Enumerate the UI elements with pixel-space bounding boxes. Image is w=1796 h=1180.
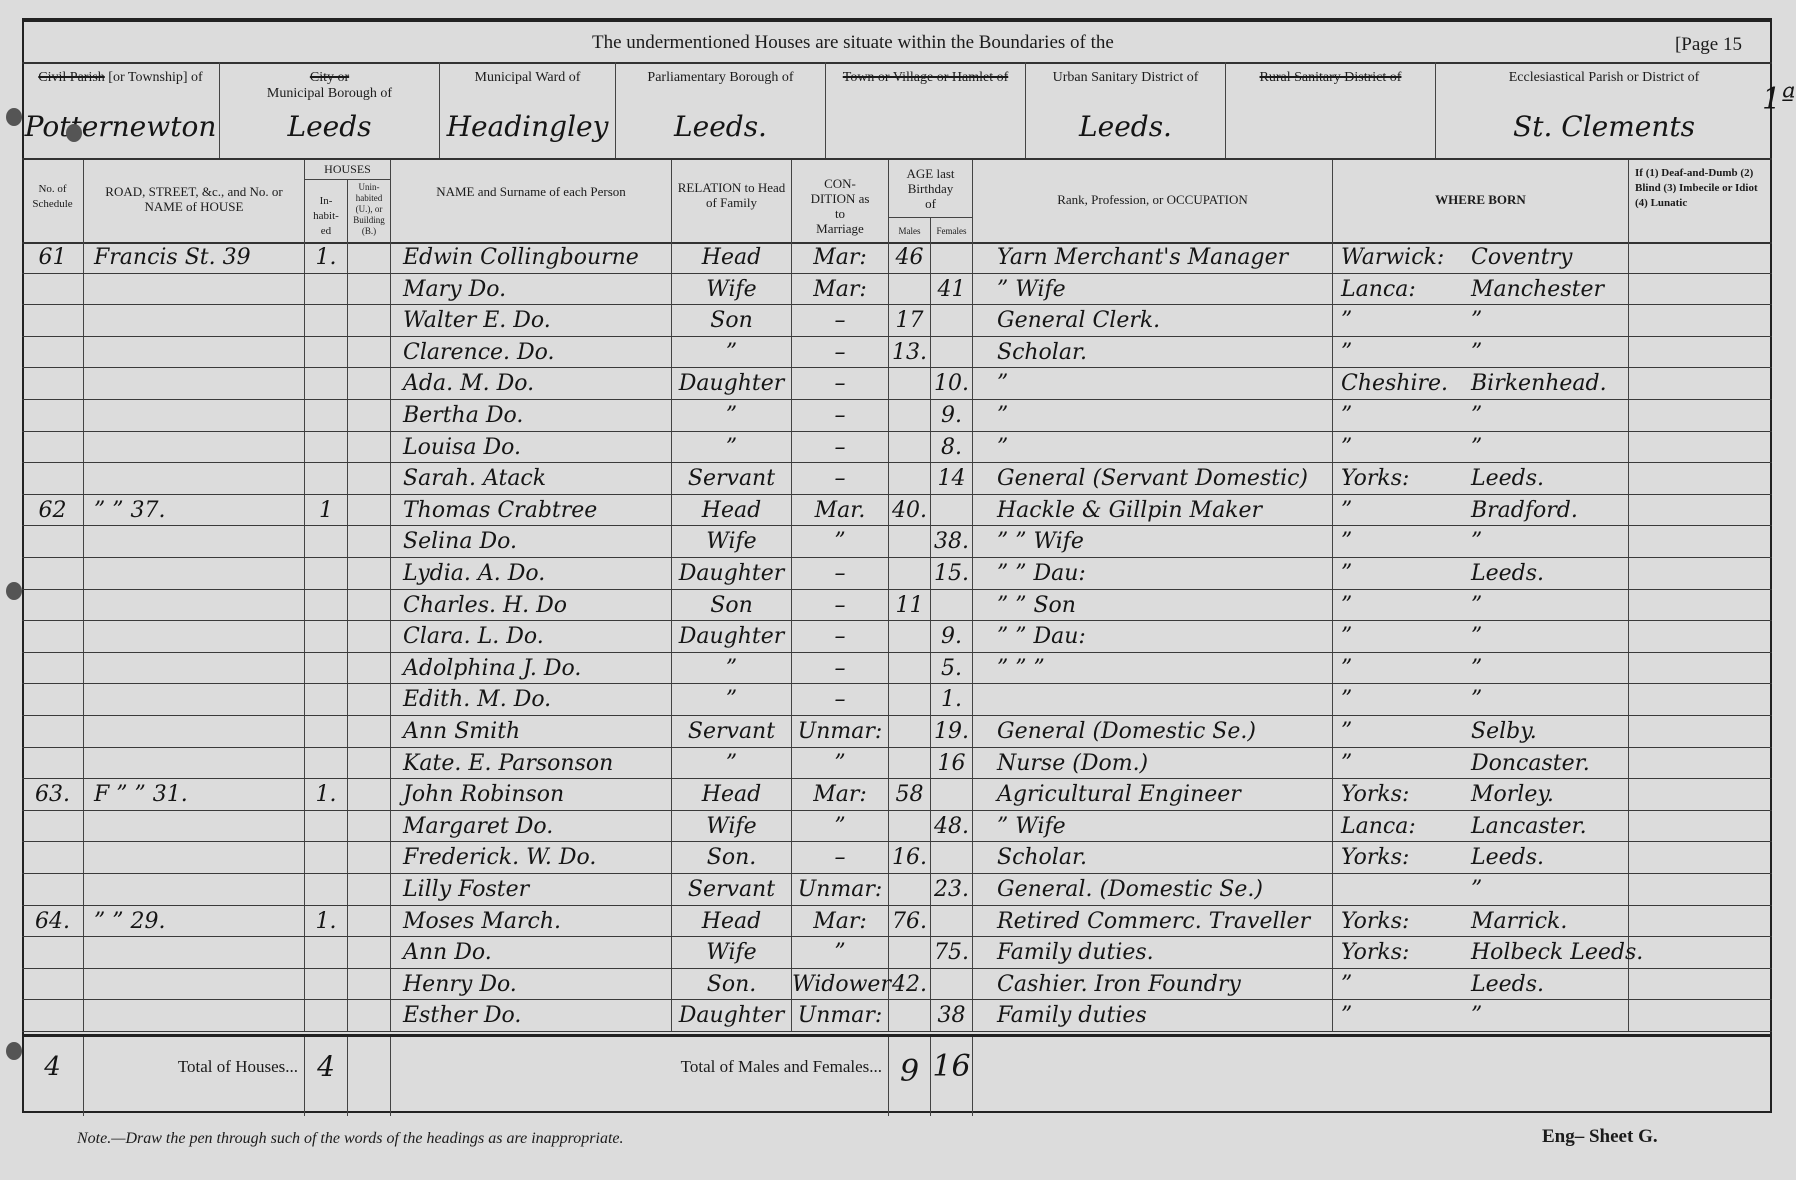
occupation-cell: ” ” Son <box>973 590 1333 621</box>
born-town-cell: ” <box>1463 1000 1629 1031</box>
header-relation: RELATION to Head of Family <box>672 160 792 242</box>
infirmity-cell <box>1629 558 1772 589</box>
relation-cell: ” <box>672 684 792 715</box>
male-age-cell <box>889 1000 931 1031</box>
male-age-cell <box>889 432 931 463</box>
total-houses-label: Total of Houses... <box>84 1037 305 1116</box>
occupation-cell: Scholar. <box>973 842 1333 873</box>
infirmity-cell <box>1629 495 1772 526</box>
inhabited-cell <box>305 969 348 1000</box>
male-age-cell: 46 <box>889 242 931 273</box>
schedule-cell: 61 <box>22 242 84 273</box>
infirmity-cell <box>1629 463 1772 494</box>
occupation-cell: General Clerk. <box>973 305 1333 336</box>
condition-cell: – <box>792 653 889 684</box>
occupation-cell: General (Servant Domestic) <box>973 463 1333 494</box>
female-age-cell: 48. <box>931 811 973 842</box>
header-name: NAME and Surname of each Person <box>391 160 672 242</box>
born-town-cell: Morley. <box>1463 779 1629 810</box>
infirmity-cell <box>1629 748 1772 779</box>
census-row: Bertha Do.”–9.””” <box>22 400 1772 432</box>
infirmity-cell <box>1629 842 1772 873</box>
relation-cell: Servant <box>672 463 792 494</box>
inhabited-cell <box>305 305 348 336</box>
census-row: Ada. M. Do.Daughter–10.”Cheshire.Birkenh… <box>22 368 1772 400</box>
uninhabited-cell <box>348 779 391 810</box>
occupation-cell: Family duties. <box>973 937 1333 968</box>
occupation-cell: Scholar. <box>973 337 1333 368</box>
female-age-cell <box>931 495 973 526</box>
boundary-value: St. Clements <box>1436 110 1772 143</box>
person-name-cell: Lydia. A. Do. <box>391 558 672 589</box>
schedule-cell <box>22 684 84 715</box>
male-age-cell: 13. <box>889 337 931 368</box>
condition-cell: ” <box>792 526 889 557</box>
relation-cell: Head <box>672 242 792 273</box>
sheet-label: Eng– Sheet G. <box>1542 1126 1658 1148</box>
male-age-cell <box>889 400 931 431</box>
condition-cell: Mar: <box>792 906 889 937</box>
title-row: The undermentioned Houses are situate wi… <box>22 22 1772 64</box>
born-county-cell <box>1333 874 1463 905</box>
occupation-cell: Nurse (Dom.) <box>973 748 1333 779</box>
header-infirmity: If (1) Deaf-and-Dumb (2) Blind (3) Imbec… <box>1629 160 1772 242</box>
relation-cell: Daughter <box>672 621 792 652</box>
uninhabited-cell <box>348 337 391 368</box>
condition-cell: Mar: <box>792 779 889 810</box>
address-cell <box>84 653 305 684</box>
condition-cell: ” <box>792 937 889 968</box>
infirmity-cell <box>1629 969 1772 1000</box>
inhabited-cell <box>305 811 348 842</box>
schedule-cell <box>22 621 84 652</box>
infirmity-cell <box>1629 811 1772 842</box>
born-town-cell: Leeds. <box>1463 842 1629 873</box>
person-name-cell: Charles. H. Do <box>391 590 672 621</box>
inhabited-cell <box>305 558 348 589</box>
header-schedule: No. of Schedule <box>22 160 84 242</box>
condition-cell: – <box>792 305 889 336</box>
relation-cell: Son <box>672 590 792 621</box>
inhabited-cell <box>305 842 348 873</box>
uninhabited-cell <box>348 305 391 336</box>
uninhabited-cell <box>348 274 391 305</box>
address-cell <box>84 748 305 779</box>
born-town-cell: ” <box>1463 337 1629 368</box>
relation-cell: ” <box>672 400 792 431</box>
struck-label: Town or Village or Hamlet of <box>826 70 1025 86</box>
schedule-cell <box>22 368 84 399</box>
infirmity-cell <box>1629 1000 1772 1031</box>
schedule-cell <box>22 274 84 305</box>
uninhabited-cell <box>348 368 391 399</box>
infirmity-cell <box>1629 621 1772 652</box>
born-town-cell: Leeds. <box>1463 463 1629 494</box>
born-county-cell: ” <box>1333 305 1463 336</box>
born-town-cell: ” <box>1463 526 1629 557</box>
born-county-cell: ” <box>1333 337 1463 368</box>
born-town-cell: Bradford. <box>1463 495 1629 526</box>
uninhabited-cell <box>348 748 391 779</box>
born-town-cell: Coventry <box>1463 242 1629 273</box>
boundary-value: Leeds. <box>1026 110 1225 143</box>
occupation-cell: ” ” ” <box>973 653 1333 684</box>
census-row: 64.” ” 29.1.Moses March.HeadMar:76.Retir… <box>22 906 1772 938</box>
infirmity-cell <box>1629 779 1772 810</box>
census-row: Louisa Do.”–8.””” <box>22 432 1772 464</box>
boundary-municipal-ward: Municipal Ward of Headingley <box>440 62 616 158</box>
occupation-cell: ” <box>973 368 1333 399</box>
infirmity-cell <box>1629 274 1772 305</box>
born-town-cell: Manchester <box>1463 274 1629 305</box>
person-name-cell: Edwin Collingbourne <box>391 242 672 273</box>
address-cell <box>84 969 305 1000</box>
boundary-urban-sanitary: Urban Sanitary District of Leeds. <box>1026 62 1226 158</box>
condition-cell: – <box>792 684 889 715</box>
relation-cell: Servant <box>672 874 792 905</box>
infirmity-cell <box>1629 242 1772 273</box>
census-row: Selina Do.Wife”38.” ” Wife”” <box>22 526 1772 558</box>
born-town-cell: ” <box>1463 653 1629 684</box>
born-county-cell: Yorks: <box>1333 842 1463 873</box>
total-uninhabited <box>348 1037 391 1116</box>
address-cell: ” ” 29. <box>84 906 305 937</box>
born-town-cell: ” <box>1463 432 1629 463</box>
born-town-cell: Birkenhead. <box>1463 368 1629 399</box>
person-name-cell: Henry Do. <box>391 969 672 1000</box>
female-age-cell: 8. <box>931 432 973 463</box>
born-county-cell: ” <box>1333 400 1463 431</box>
inhabited-cell <box>305 937 348 968</box>
born-town-cell: ” <box>1463 400 1629 431</box>
male-age-cell <box>889 716 931 747</box>
schedule-cell: 64. <box>22 906 84 937</box>
schedule-cell <box>22 558 84 589</box>
condition-cell: – <box>792 337 889 368</box>
person-name-cell: Ann Smith <box>391 716 672 747</box>
uninhabited-cell <box>348 400 391 431</box>
schedule-cell <box>22 937 84 968</box>
uninhabited-cell <box>348 906 391 937</box>
address-cell: Francis St. 39 <box>84 242 305 273</box>
occupation-cell: Cashier. Iron Foundry <box>973 969 1333 1000</box>
born-county-cell: ” <box>1333 684 1463 715</box>
born-town-cell: Leeds. <box>1463 969 1629 1000</box>
female-age-cell <box>931 779 973 810</box>
column-header: No. of Schedule ROAD, STREET, &c., and N… <box>22 160 1772 244</box>
female-age-cell: 75. <box>931 937 973 968</box>
relation-cell: ” <box>672 337 792 368</box>
occupation-cell: ” ” Wife <box>973 526 1333 557</box>
born-county-cell: Yorks: <box>1333 779 1463 810</box>
uninhabited-cell <box>348 937 391 968</box>
person-name-cell: Edith. M. Do. <box>391 684 672 715</box>
sheet-title: The undermentioned Houses are situate wi… <box>592 32 1114 54</box>
male-age-cell <box>889 558 931 589</box>
male-age-cell: 11 <box>889 590 931 621</box>
boundary-label: Municipal Borough of <box>267 86 392 101</box>
schedule-cell <box>22 432 84 463</box>
female-age-cell <box>931 906 973 937</box>
occupation-cell: Agricultural Engineer <box>973 779 1333 810</box>
uninhabited-cell <box>348 969 391 1000</box>
binding-hole <box>6 582 22 600</box>
female-age-cell: 15. <box>931 558 973 589</box>
born-town-cell: ” <box>1463 684 1629 715</box>
condition-cell: Unmar: <box>792 716 889 747</box>
header-uninhabited: Unin-habited (U.), or Building (B.) <box>348 180 391 242</box>
infirmity-cell <box>1629 400 1772 431</box>
address-cell <box>84 842 305 873</box>
occupation-cell: ” Wife <box>973 811 1333 842</box>
boundary-municipal-borough: City orMunicipal Borough of Leeds <box>220 62 440 158</box>
relation-cell: Son. <box>672 842 792 873</box>
census-row: Clara. L. Do.Daughter–9.” ” Dau:”” <box>22 621 1772 653</box>
uninhabited-cell <box>348 463 391 494</box>
occupation-cell: ” Wife <box>973 274 1333 305</box>
uninhabited-cell <box>348 842 391 873</box>
born-county-cell: Yorks: <box>1333 937 1463 968</box>
census-row: Frederick. W. Do.Son.–16.Scholar.Yorks:L… <box>22 842 1772 874</box>
schedule-cell: 63. <box>22 779 84 810</box>
schedule-cell <box>22 590 84 621</box>
born-town-cell: ” <box>1463 874 1629 905</box>
relation-cell: Wife <box>672 274 792 305</box>
female-age-cell: 19. <box>931 716 973 747</box>
infirmity-cell <box>1629 937 1772 968</box>
condition-cell: Mar. <box>792 495 889 526</box>
address-cell <box>84 526 305 557</box>
occupation-cell: General (Domestic Se.) <box>973 716 1333 747</box>
binding-hole <box>6 108 22 126</box>
person-name-cell: Ann Do. <box>391 937 672 968</box>
infirmity-cell <box>1629 526 1772 557</box>
infirmity-cell <box>1629 337 1772 368</box>
boundary-parliamentary-borough: Parliamentary Borough of Leeds. <box>616 62 826 158</box>
header-females: Females <box>931 218 973 242</box>
relation-cell: ” <box>672 748 792 779</box>
condition-cell: ” <box>792 811 889 842</box>
struck-label: Rural Sanitary District of <box>1226 70 1435 86</box>
person-name-cell: Kate. E. Parsonson <box>391 748 672 779</box>
uninhabited-cell <box>348 558 391 589</box>
schedule-cell <box>22 1000 84 1031</box>
female-age-cell <box>931 242 973 273</box>
schedule-cell <box>22 842 84 873</box>
address-cell <box>84 590 305 621</box>
born-county-cell: ” <box>1333 748 1463 779</box>
schedule-cell <box>22 969 84 1000</box>
header-houses: HOUSES <box>305 160 391 180</box>
person-name-cell: Lilly Foster <box>391 874 672 905</box>
male-age-cell <box>889 748 931 779</box>
census-row: Charles. H. DoSon–11” ” Son”” <box>22 590 1772 622</box>
born-town-cell: Leeds. <box>1463 558 1629 589</box>
person-name-cell: Bertha Do. <box>391 400 672 431</box>
male-age-cell: 16. <box>889 842 931 873</box>
male-age-cell <box>889 937 931 968</box>
occupation-cell: ” <box>973 432 1333 463</box>
female-age-cell: 41 <box>931 274 973 305</box>
occupation-cell: Hackle & Gillpin Maker <box>973 495 1333 526</box>
census-row: Lydia. A. Do.Daughter–15.” ” Dau:”Leeds. <box>22 558 1772 590</box>
person-name-cell: Clarence. Do. <box>391 337 672 368</box>
female-age-cell: 9. <box>931 621 973 652</box>
condition-cell: Mar: <box>792 242 889 273</box>
boundary-value: Potternewton <box>22 110 219 143</box>
person-name-cell: Ada. M. Do. <box>391 368 672 399</box>
census-row: Edith. M. Do.”–1.”” <box>22 684 1772 716</box>
inhabited-cell <box>305 463 348 494</box>
inhabited-cell <box>305 337 348 368</box>
schedule-cell <box>22 748 84 779</box>
born-county-cell: ” <box>1333 526 1463 557</box>
born-town-cell: Selby. <box>1463 716 1629 747</box>
born-town-cell: Lancaster. <box>1463 811 1629 842</box>
born-county-cell: ” <box>1333 590 1463 621</box>
header-males: Males <box>889 218 931 242</box>
schedule-cell <box>22 653 84 684</box>
uninhabited-cell <box>348 432 391 463</box>
person-name-cell: Frederick. W. Do. <box>391 842 672 873</box>
infirmity-cell <box>1629 368 1772 399</box>
boundary-value: Headingley <box>440 110 615 143</box>
inhabited-cell <box>305 874 348 905</box>
census-row: 63.F ” ” 31.1.John RobinsonHeadMar:58Agr… <box>22 779 1772 811</box>
infirmity-cell <box>1629 653 1772 684</box>
address-cell <box>84 400 305 431</box>
born-county-cell: Cheshire. <box>1333 368 1463 399</box>
male-age-cell <box>889 368 931 399</box>
condition-cell: – <box>792 842 889 873</box>
female-age-cell: 5. <box>931 653 973 684</box>
female-age-cell: 10. <box>931 368 973 399</box>
female-age-cell: 23. <box>931 874 973 905</box>
boundary-label: Urban Sanitary District of <box>1026 70 1225 86</box>
schedule-cell <box>22 811 84 842</box>
condition-cell: Widower <box>792 969 889 1000</box>
infirmity-cell <box>1629 874 1772 905</box>
census-row: Walter E. Do.Son–17General Clerk.”” <box>22 305 1772 337</box>
address-cell <box>84 558 305 589</box>
relation-cell: Daughter <box>672 558 792 589</box>
relation-cell: Head <box>672 779 792 810</box>
census-sheet: The undermentioned Houses are situate wi… <box>22 18 1774 1128</box>
boundary-ecclesiastical: Ecclesiastical Parish or District of St.… <box>1436 62 1772 158</box>
boundary-value: Leeds <box>220 110 439 143</box>
address-cell <box>84 811 305 842</box>
female-age-cell: 9. <box>931 400 973 431</box>
uninhabited-cell <box>348 526 391 557</box>
census-row: 62” ” 37.1Thomas CrabtreeHeadMar.40.Hack… <box>22 495 1772 527</box>
relation-cell: ” <box>672 432 792 463</box>
uninhabited-cell <box>348 684 391 715</box>
census-row: Kate. E. Parsonson””16Nurse (Dom.)”Donca… <box>22 748 1772 780</box>
born-town-cell: ” <box>1463 590 1629 621</box>
census-row: Henry Do.Son.Widower42.Cashier. Iron Fou… <box>22 969 1772 1001</box>
female-age-cell <box>931 842 973 873</box>
condition-cell: Mar: <box>792 274 889 305</box>
relation-cell: Daughter <box>672 368 792 399</box>
person-name-cell: Mary Do. <box>391 274 672 305</box>
boundary-town-village: Town or Village or Hamlet of <box>826 62 1026 158</box>
condition-cell: – <box>792 590 889 621</box>
address-cell <box>84 368 305 399</box>
male-age-cell <box>889 463 931 494</box>
census-row: Sarah. AtackServant–14General (Servant D… <box>22 463 1772 495</box>
female-age-cell <box>931 337 973 368</box>
inhabited-cell <box>305 400 348 431</box>
census-row: Esther Do.DaughterUnmar:38Family duties”… <box>22 1000 1772 1032</box>
relation-cell: Son. <box>672 969 792 1000</box>
born-county-cell: Lanca: <box>1333 811 1463 842</box>
person-name-cell: Clara. L. Do. <box>391 621 672 652</box>
born-town-cell: ” <box>1463 305 1629 336</box>
uninhabited-cell <box>348 874 391 905</box>
person-name-cell: Adolphina J. Do. <box>391 653 672 684</box>
infirmity-cell <box>1629 432 1772 463</box>
occupation-cell: Family duties <box>973 1000 1333 1031</box>
inhabited-cell: 1. <box>305 906 348 937</box>
infirmity-cell <box>1629 305 1772 336</box>
person-name-cell: Margaret Do. <box>391 811 672 842</box>
born-county-cell: Yorks: <box>1333 906 1463 937</box>
condition-cell: – <box>792 400 889 431</box>
total-males-value: 9 <box>889 1037 931 1116</box>
total-schedule-mark: 4 <box>22 1037 84 1116</box>
uninhabited-cell <box>348 653 391 684</box>
male-age-cell <box>889 274 931 305</box>
census-row: Clarence. Do.”–13.Scholar.”” <box>22 337 1772 369</box>
schedule-cell <box>22 400 84 431</box>
born-county-cell: ” <box>1333 558 1463 589</box>
uninhabited-cell <box>348 590 391 621</box>
condition-cell: – <box>792 432 889 463</box>
address-cell <box>84 621 305 652</box>
header-address: ROAD, STREET, &c., and No. or NAME of HO… <box>84 160 305 242</box>
address-cell <box>84 432 305 463</box>
census-row: Lilly FosterServantUnmar:23.General. (Do… <box>22 874 1772 906</box>
relation-cell: Wife <box>672 937 792 968</box>
census-row: Mary Do.WifeMar:41” WifeLanca:Manchester <box>22 274 1772 306</box>
person-name-cell: Sarah. Atack <box>391 463 672 494</box>
relation-cell: ” <box>672 653 792 684</box>
born-town-cell: Holbeck Leeds. <box>1463 937 1629 968</box>
female-age-cell: 16 <box>931 748 973 779</box>
male-age-cell: 40. <box>889 495 931 526</box>
infirmity-cell <box>1629 590 1772 621</box>
address-cell <box>84 716 305 747</box>
female-age-cell: 38 <box>931 1000 973 1031</box>
schedule-cell <box>22 305 84 336</box>
born-county-cell: ” <box>1333 621 1463 652</box>
male-age-cell: 42. <box>889 969 931 1000</box>
relation-cell: Daughter <box>672 1000 792 1031</box>
male-age-cell <box>889 874 931 905</box>
boundary-label: Parliamentary Borough of <box>616 70 825 86</box>
schedule-cell <box>22 463 84 494</box>
footer-note: Note.—Draw the pen through such of the w… <box>77 1130 624 1148</box>
census-row: 61Francis St. 391.Edwin CollingbourneHea… <box>22 242 1772 274</box>
boundary-label: Municipal Ward of <box>440 70 615 86</box>
total-houses-value: 4 <box>305 1037 348 1116</box>
boundaries-row: Civil Parish [or Township] of Potternewt… <box>22 62 1772 160</box>
born-town-cell: Doncaster. <box>1463 748 1629 779</box>
person-name-cell: Thomas Crabtree <box>391 495 672 526</box>
inhabited-cell: 1. <box>305 242 348 273</box>
inhabited-cell <box>305 653 348 684</box>
occupation-cell: General. (Domestic Se.) <box>973 874 1333 905</box>
